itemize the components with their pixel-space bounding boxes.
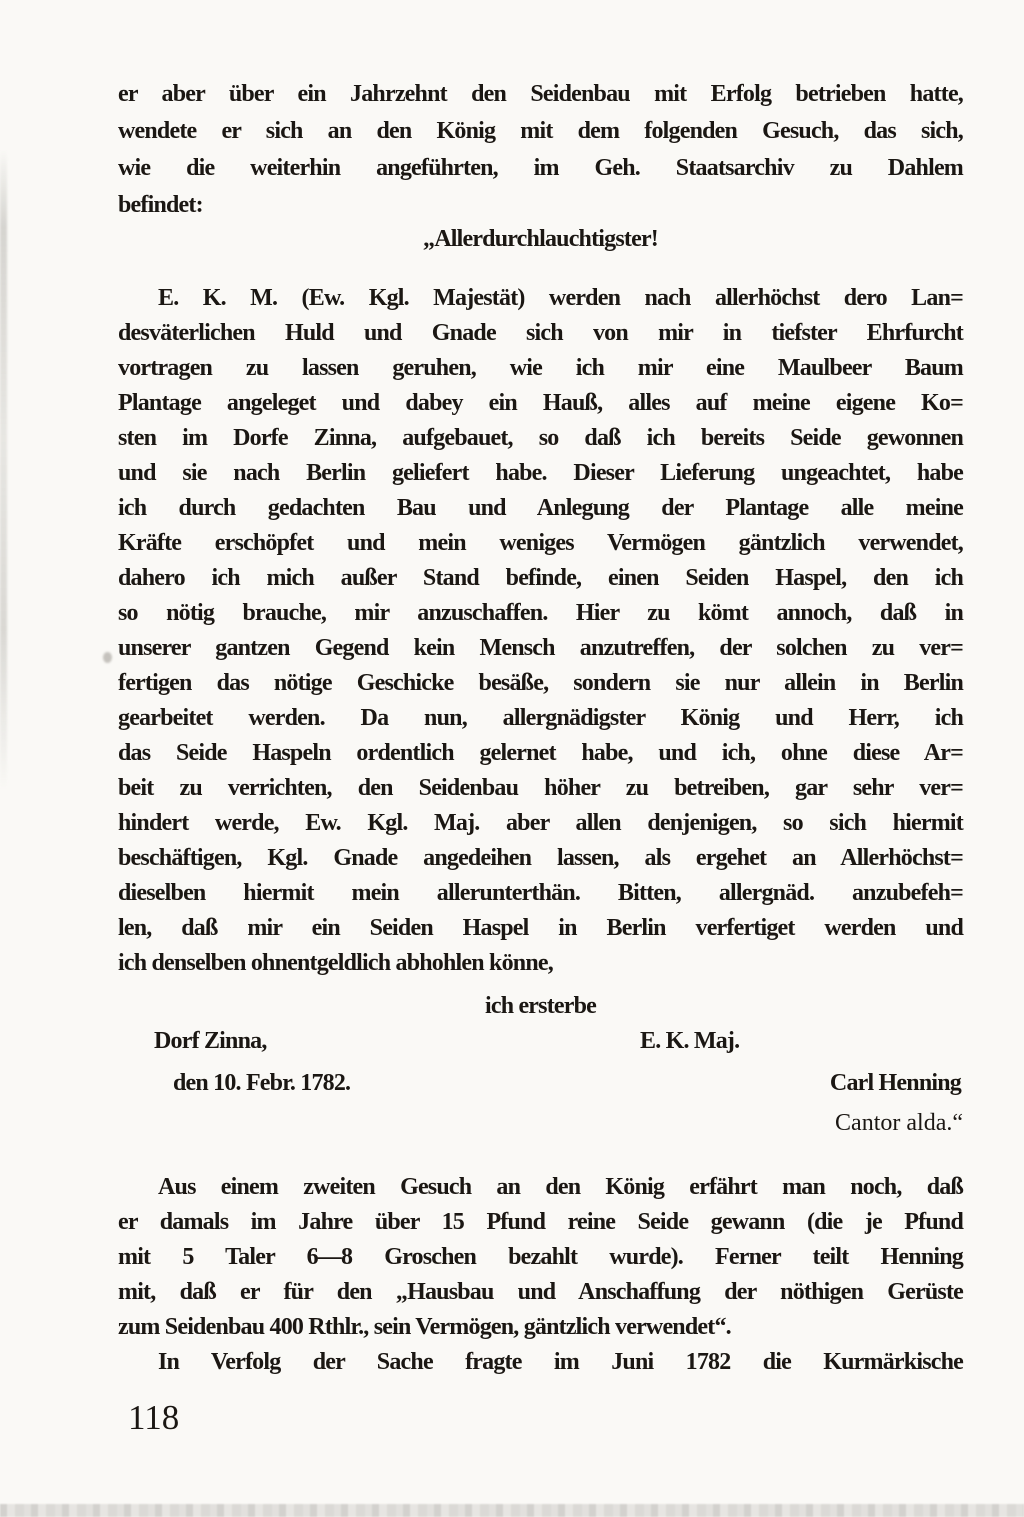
text-line: fertigen das nötige Geschicke besäße, so… [118, 666, 963, 701]
text-line: ich durch gedachten Bau und Anlegung der… [118, 491, 963, 526]
text-line: ich denselben ohnentgeldlich abhohlen kö… [118, 946, 963, 981]
text-line: beschäftigen, Kgl. Gnade angedeihen lass… [118, 841, 963, 876]
continuation-paragraph: In Verfolg der Sache fragte im Juni 1782… [118, 1345, 963, 1380]
text-line: befindet: [118, 187, 963, 224]
text-line: dahero ich mich außer Stand befinde, ein… [118, 561, 963, 596]
text-line: sten im Dorfe Zinna, aufgebauet, so daß … [118, 421, 963, 456]
scan-left-edge-artifact [0, 150, 7, 790]
text-line: Aus einem zweiten Gesuch an den König er… [118, 1170, 963, 1205]
text-line: desväterlichen Huld und Gnade sich von m… [118, 316, 963, 351]
text-line: Kräfte erschöpfet und mein weniges Vermö… [118, 526, 963, 561]
text-line: hindert werde, Ew. Kgl. Maj. aber allen … [118, 806, 963, 841]
scan-speck-artifact [103, 652, 112, 663]
text-line: wendete er sich an den König mit dem fol… [118, 113, 963, 150]
signature-role: Cantor alda.“ [835, 1110, 963, 1137]
text-line: beit zu verrichten, den Seidenbau höher … [118, 771, 963, 806]
text-line: mit 5 Taler 6—8 Groschen bezahlt wurde).… [118, 1240, 963, 1275]
text-line: wie die weiterhin angeführten, im Geh. S… [118, 150, 963, 187]
petition-paragraph: E. K. M. (Ew. Kgl. Majestät) werden nach… [118, 281, 963, 981]
signature-place: Dorf Zinna, [154, 1028, 267, 1055]
text-line: Plantage angeleget und dabey ein Hauß, a… [118, 386, 963, 421]
text-line: so nötig brauche, mir anzuschaffen. Hier… [118, 596, 963, 631]
text-line: len, daß mir ein Seiden Haspel in Berlin… [118, 911, 963, 946]
text-line: das Seide Haspeln ordentlich gelernet ha… [118, 736, 963, 771]
signature-row-place: Dorf Zinna, E. K. Maj. [118, 1028, 963, 1068]
signature-row-date: den 10. Febr. 1782. Carl Henning [118, 1070, 963, 1110]
signature-row-role: Cantor alda.“ [118, 1110, 963, 1150]
text-line: In Verfolg der Sache fragte im Juni 1782… [118, 1345, 963, 1380]
aftermath-paragraph: Aus einem zweiten Gesuch an den König er… [118, 1170, 963, 1345]
valediction-line: ich ersterbe [118, 988, 963, 1024]
page-number: 118 [128, 1398, 179, 1438]
text-line: und sie nach Berlin geliefert habe. Dies… [118, 456, 963, 491]
text-line: dieselben hiermit mein allerunterthän. B… [118, 876, 963, 911]
text-line: er damals im Jahre über 15 Pfund reine S… [118, 1205, 963, 1240]
signature-addressee: E. K. Maj. [640, 1028, 739, 1055]
book-page: er aber über ein Jahrzehnt den Seidenbau… [0, 0, 1024, 1517]
salutation-heading: „Allerdurchlauchtigster! [118, 221, 963, 257]
text-line: mit, daß er für den „Hausbau und Anschaf… [118, 1275, 963, 1310]
text-line: unserer gantzen Gegend kein Mensch anzut… [118, 631, 963, 666]
signature-name: Carl Henning [830, 1070, 961, 1097]
intro-paragraph: er aber über ein Jahrzehnt den Seidenbau… [118, 76, 963, 224]
text-line: gearbeitet werden. Da nun, allergnädigst… [118, 701, 963, 736]
scan-bottom-edge-artifact [0, 1504, 1024, 1517]
text-line: vortragen zu lassen geruhen, wie ich mir… [118, 351, 963, 386]
signature-date: den 10. Febr. 1782. [173, 1070, 350, 1097]
text-line: er aber über ein Jahrzehnt den Seidenbau… [118, 76, 963, 113]
text-line: zum Seidenbau 400 Rthlr., sein Vermögen,… [118, 1310, 963, 1345]
text-line: E. K. M. (Ew. Kgl. Majestät) werden nach… [118, 281, 963, 316]
